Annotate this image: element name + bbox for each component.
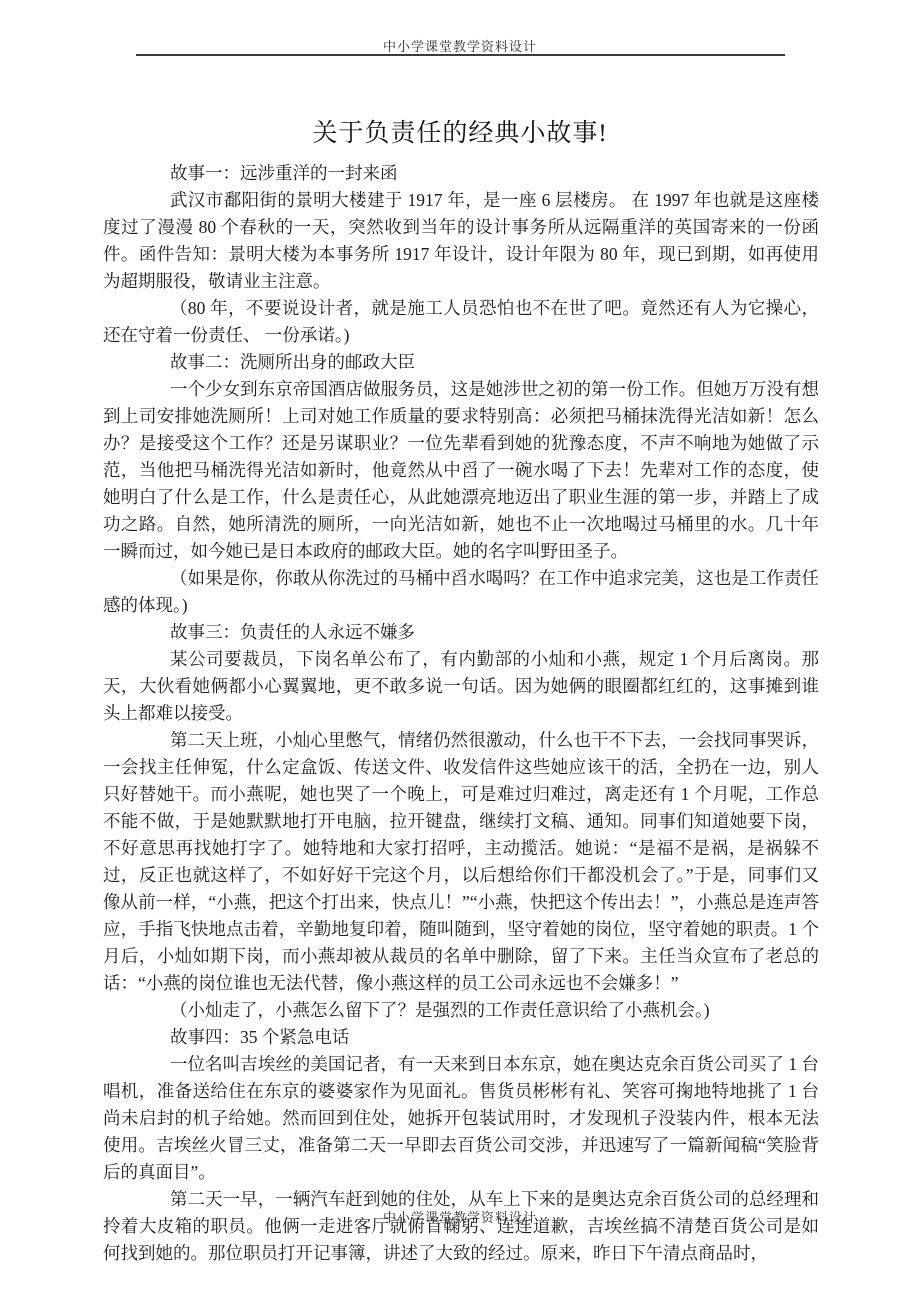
story-paragraph: 第二天一早，一辆汽车赶到她的住处，从车上下来的是奥达克余百货公司的总经理和拎着大… [103,1186,819,1267]
header-rule [136,54,785,56]
story-heading: 故事四：35 个紧急电话 [103,1024,819,1051]
document-page: 中小学课堂教学资料设计 关于负责任的经典小故事! 故事一：远涉重洋的一封来函 武… [0,0,920,1302]
story-heading: 故事一：远涉重洋的一封来函 [103,160,819,187]
story-paragraph: 武汉市鄱阳街的景明大楼建于 1917 年，是一座 6 层楼房。 在 1997 年… [103,187,819,295]
story-note: （如果是你，你敢从你洗过的马桶中舀水喝吗？在工作中追求完美，这也是工作责任感的体… [103,565,819,619]
story-heading: 故事三：负责任的人永远不嫌多 [103,619,819,646]
story-paragraph: 某公司要裁员，下岗名单公布了，有内勤部的小灿和小燕，规定 1 个月后离岗。那天，… [103,646,819,727]
story-paragraph: 一个少女到东京帝国酒店做服务员，这是她涉世之初的第一份工作。但她万万没有想到上司… [103,376,819,565]
document-body: 故事一：远涉重洋的一封来函 武汉市鄱阳街的景明大楼建于 1917 年，是一座 6… [103,160,819,1267]
document-title: 关于负责任的经典小故事! [0,113,920,149]
story-paragraph: 第二天上班，小灿心里憋气，情绪仍然很激动，什么也干不下去，一会找同事哭诉，一会找… [103,727,819,997]
story-note: （80 年，不要说设计者，就是施工人员恐怕也不在世了吧。竟然还有人为它操心，还在… [103,295,819,349]
story-paragraph: 一位名叫吉埃丝的美国记者，有一天来到日本东京，她在奥达克余百货公司买了 1 台唱… [103,1051,819,1186]
page-footer-text: 中小学课堂教学资料设计 [0,1207,920,1226]
story-heading: 故事二：洗厕所出身的邮政大臣 [103,349,819,376]
page-header-text: 中小学课堂教学资料设计 [0,36,920,55]
story-note: （小灿走了，小燕怎么留下了？是强烈的工作责任意识给了小燕机会。) [103,997,819,1024]
